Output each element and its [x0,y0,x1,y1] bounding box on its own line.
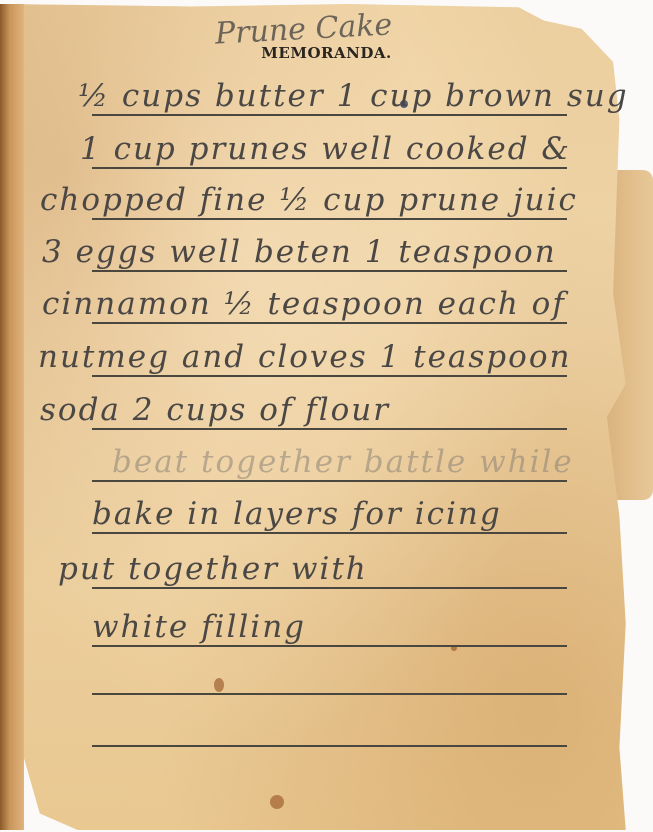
ruled-line [92,322,567,324]
recipe-line: 3 eggs well beten 1 teaspoon [42,234,557,270]
ruled-line [92,480,567,482]
book-spine [0,4,24,830]
recipe-line: bake in layers for icing [92,496,502,532]
recipe-line: cinnamon ½ teaspoon each of [42,286,566,322]
stain [214,678,224,692]
recipe-line: nutmeg and cloves 1 teaspoon [38,339,571,375]
ruled-line [92,218,567,220]
ruled-line [92,270,567,272]
recipe-line: beat together battle while [112,444,574,480]
recipe-line: chopped fine ½ cup prune juic [40,182,578,218]
ruled-line [92,645,567,647]
ruled-line [92,114,567,116]
recipe-line: soda 2 cups of flour [40,392,390,428]
blank-ruled-line [92,745,567,747]
blank-ruled-line [92,693,567,695]
printed-heading: MEMORANDA. [0,44,653,62]
recipe-line: ½ cups butter 1 cup brown sug [78,78,629,114]
ruled-line [92,167,567,169]
recipe-line: white filling [92,609,306,645]
ruled-line [92,428,567,430]
ruled-line [92,375,567,377]
recipe-line: 1 cup prunes well cooked & [80,131,571,167]
recipe-line: put together with [58,551,368,587]
stain [270,795,284,809]
ruled-line [92,532,567,534]
ruled-line [92,587,567,589]
